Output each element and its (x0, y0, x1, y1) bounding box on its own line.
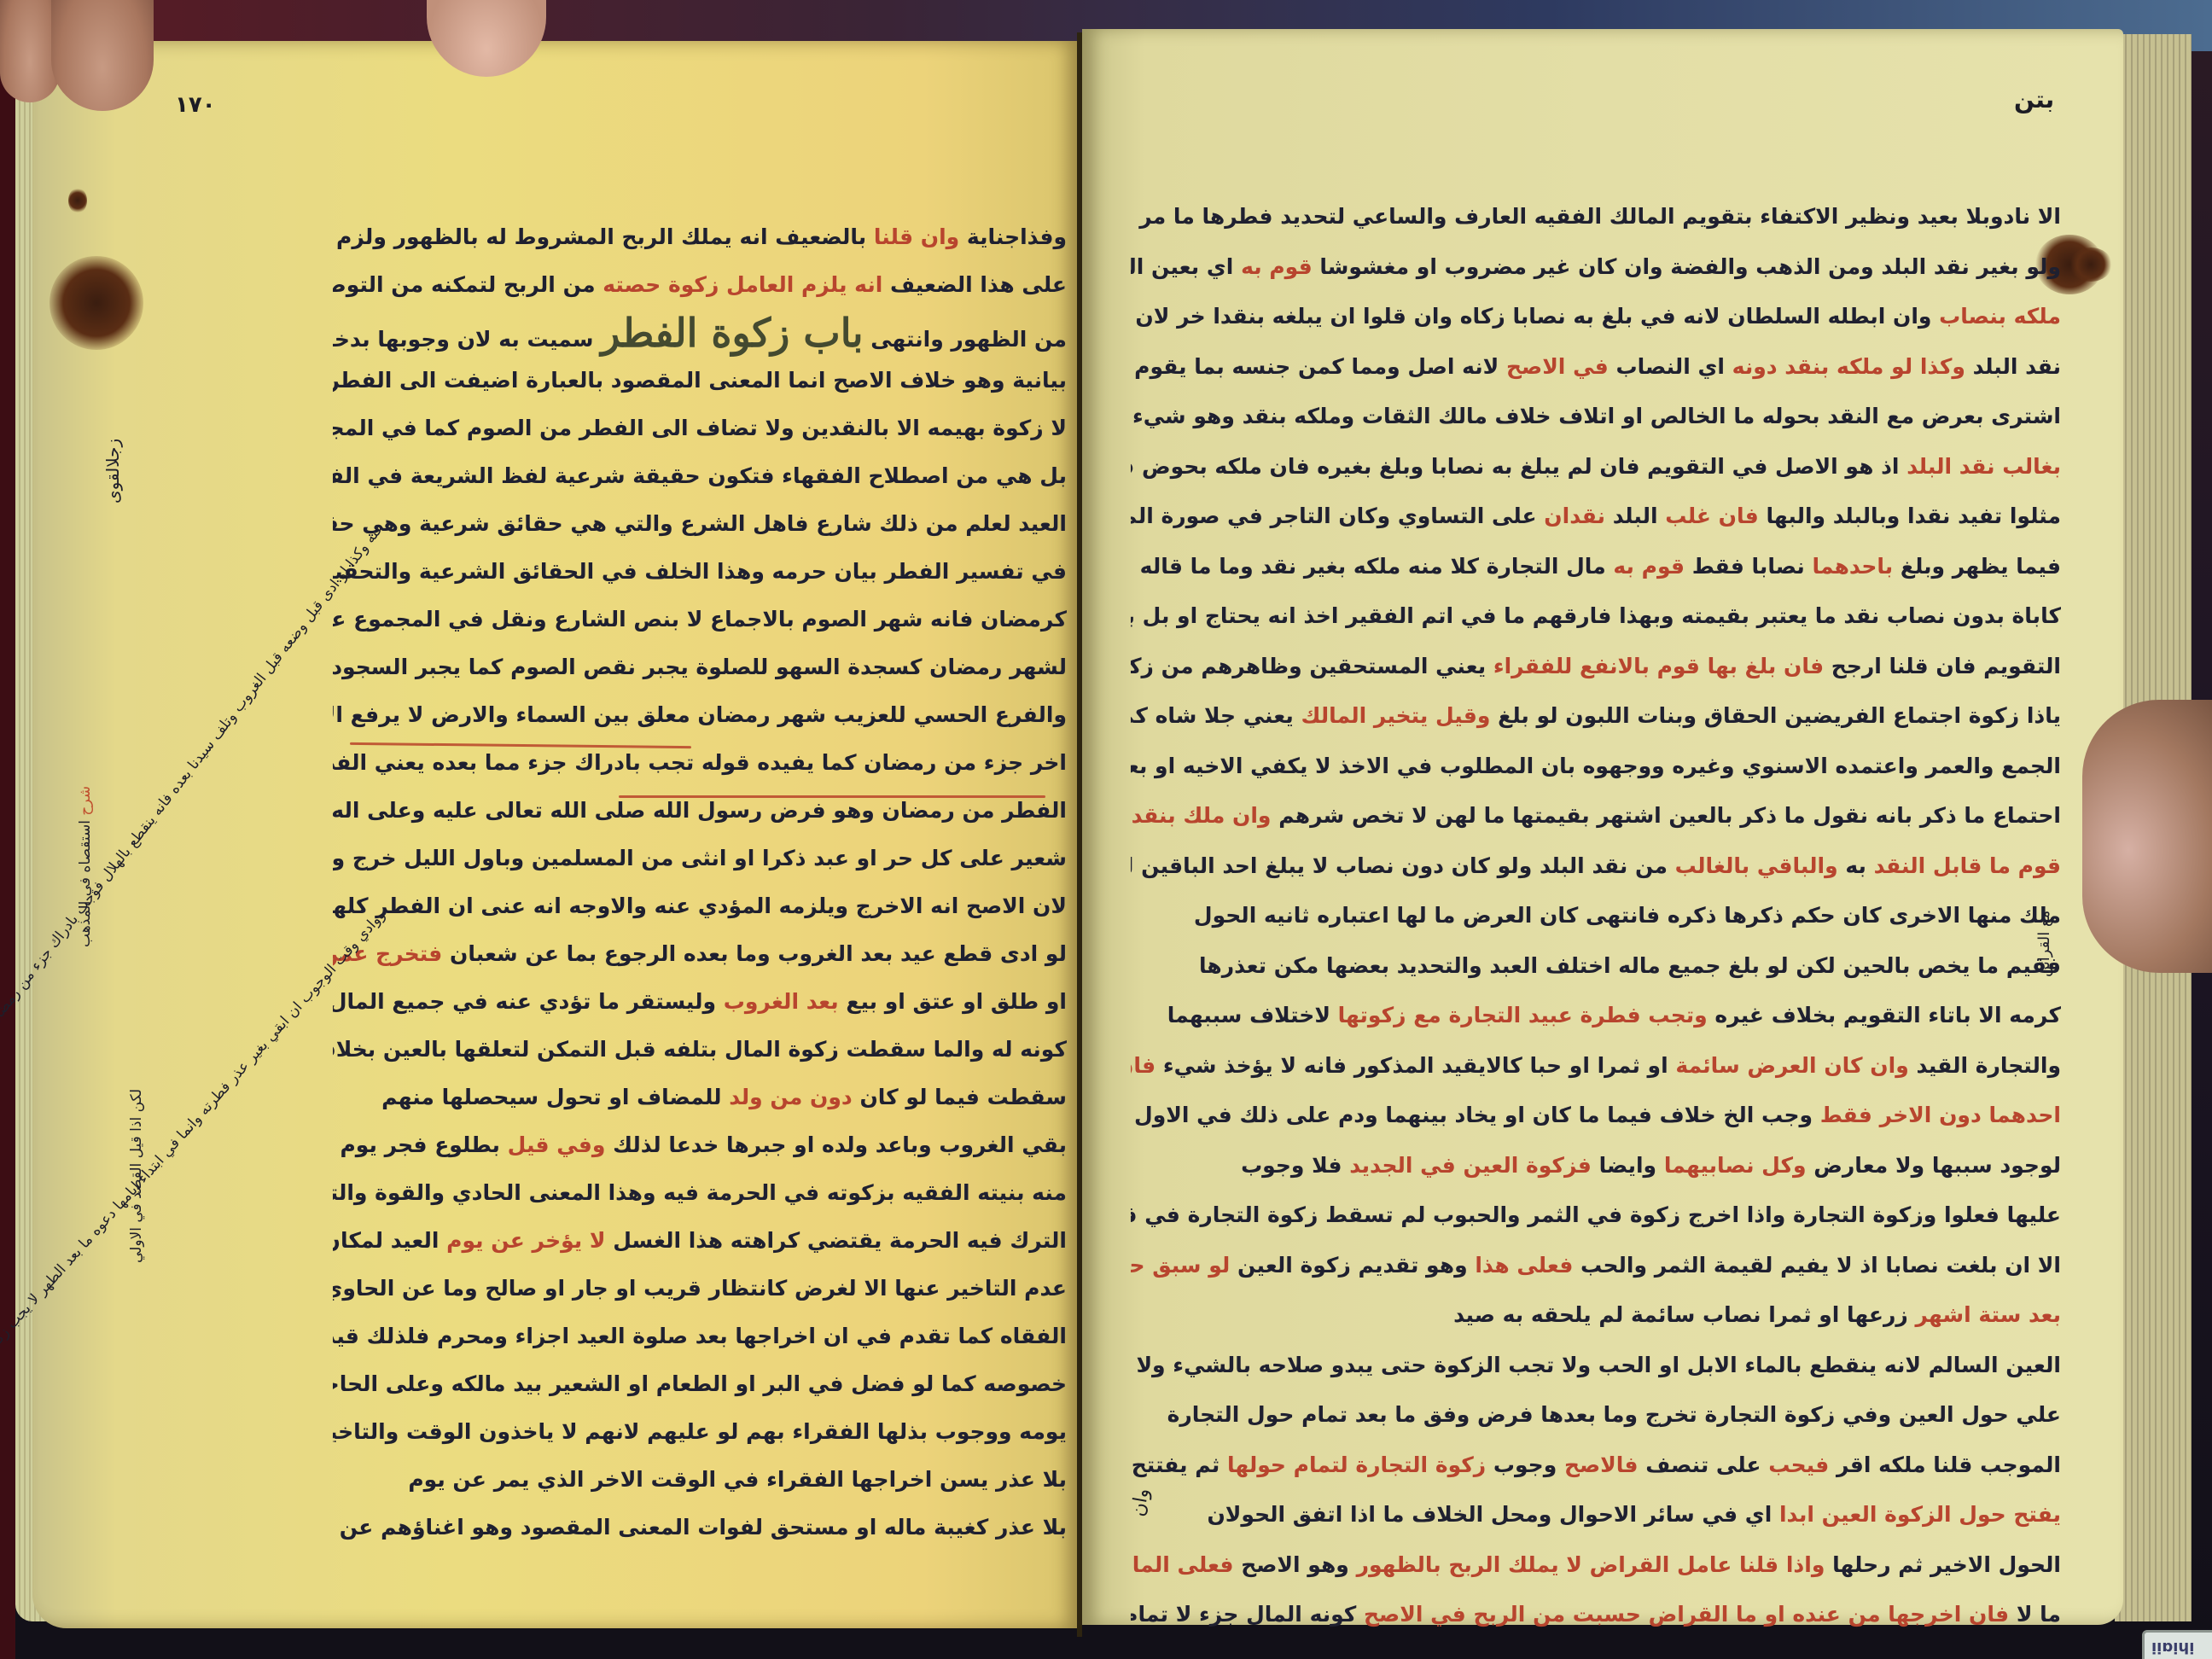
text-line: لوجود سببها ولا معارض وكل نصابيهما وايضا… (1131, 1141, 2061, 1191)
margin-note: مع القرائن (2035, 911, 2053, 977)
margin-note: زجلالقوى (102, 439, 123, 504)
text-line: في تفسير الفطر بيان حرمه وهذا الخلف في ا… (333, 548, 1067, 596)
text-line-with-heading: من الظهور وانتهى باب زكوة الفطر سميت به … (333, 309, 1067, 357)
red-rule (619, 795, 1045, 798)
text-line: علي حول العين وفي زكوة التجارة تخرج وما … (1131, 1390, 2061, 1441)
text-line: بقي الغروب وباعد ولده او جبرها خدعا لذلك… (333, 1121, 1067, 1169)
margin-note: شرح استقصاه في المذهب (77, 786, 94, 947)
library-label: ᴉᴉɒᴉɥᴉ (2142, 1630, 2212, 1659)
right-page-text: الا نادوبلا بعيد ونظير الاكتفاء بتقويم ا… (1131, 192, 2061, 1640)
ink-stain (68, 188, 87, 213)
text-line: اشترى بعرض مع النقد بحوله ما الخالص او ا… (1131, 392, 2061, 442)
text-line: العيد لعلم من ذلك شارع فاهل الشرع والتي … (333, 500, 1067, 548)
text-line: منه بنيته الفقيه بزكوته في الحرمة فيه وه… (333, 1169, 1067, 1217)
chapter-heading: باب زكوة الفطر (601, 310, 863, 356)
text-line: عدم التاخير عنها الا لغرض كانتظار قريب ا… (333, 1265, 1067, 1313)
text-line: نقد البلد وكذا لو ملكه بنقد دونه اي النص… (1131, 342, 2061, 393)
text-line: احدهما دون الاخر فقط وجب الخ خلاف فيما م… (1131, 1091, 2061, 1141)
text-line: الا نادوبلا بعيد ونظير الاكتفاء بتقويم ا… (1131, 192, 2061, 242)
text-line: كاباة بدون نصاب نقد ما يعتبر بقيمته وبهذ… (1131, 591, 2061, 642)
text-line: بعد ستة اشهر زرعها او ثمرا نصاب سائمة لم… (1131, 1290, 2061, 1341)
text-line: الفقاه كما تقدم في ان اخراجها بعد صلوة ا… (333, 1313, 1067, 1360)
text-line: لان الاصح انه الاخرج ويلزمه المؤدي عنه و… (333, 882, 1067, 930)
text-line: عليها فعلوا وزكوة التجارة واذا اخرج زكوة… (1131, 1190, 2061, 1241)
ink-stain (2069, 247, 2112, 282)
text-line: لو ادى قطع عيد بعد الغروب وما بعده الرجو… (333, 930, 1067, 978)
text-line: على هذا الضعيف انه يلزم العامل زكوة حصته… (333, 261, 1067, 309)
text-line: الا ان بلغت نصابا اذ لا يفيم لقيمة الثمر… (1131, 1241, 2061, 1291)
folio-mark-right: بتن (2014, 85, 2054, 114)
text-line: وفذاجناية وان قلنا بالضعيف انه يملك الرب… (333, 213, 1067, 261)
text-line: التقويم فان قلنا ارجح فان بلغ بها قوم با… (1131, 642, 2061, 692)
text-line: او طلق او عتق او بيع بعد الغروب وليستقر … (333, 978, 1067, 1026)
text-line: مثلوا تفيد نقدا وبالبلد والبها فان غلب ا… (1131, 492, 2061, 542)
text-line: لشهر رمضان كسجدة السهو للصلوة يجبر نقص ا… (333, 643, 1067, 691)
text-line: ياذا زكوة اجتماع الفريضين الحقاق وبنات ا… (1131, 691, 2061, 742)
text-line: شعير على كل حر او عبد ذكرا او انثى من ال… (333, 835, 1067, 882)
text-line: كرمضان فانه شهر الصوم بالاجماع لا بنص ال… (333, 596, 1067, 643)
text-line: بلا عذر كغيبة ماله او مستحق لفوات المعنى… (333, 1504, 1067, 1551)
folio-number-left: ١٧٠ (175, 92, 216, 118)
text-line: الجمع والعمر واعتمده الاسنوي وغيره ووجهو… (1131, 742, 2061, 792)
book-gutter (1077, 32, 1082, 1637)
open-manuscript: ١٧٠ بتن وفذاجناية وان قلنا بالضعيف انه ي… (0, 0, 2212, 1659)
text-line: بل هي من اصطلاح الفقهاء فتكون حقيقة شرعي… (333, 452, 1067, 500)
text-line: والتجارة القيد وان كان العرض سائمة او ثم… (1131, 1041, 2061, 1091)
text-line: لا زكوة بهيمه الا بالنقدين ولا تضاف الى … (333, 405, 1067, 452)
text-line: ولو بغير نقد البلد ومن الذهب والفضة وان … (1131, 242, 2061, 293)
text-line: اخر جزء من رمضان كما يفيده قوله تجب بادر… (333, 739, 1067, 787)
text-line: بلا عذر يسن اخراجها الفقراء في الوقت الا… (333, 1456, 1067, 1504)
text-line: يفتح حول الزكوة العين ابدا اي في سائر ال… (1131, 1490, 2061, 1540)
text-line: قوم ما قابل النقد به والباقي بالغالب من … (1131, 841, 2061, 892)
finger (51, 0, 154, 111)
text-line: خصوصه كما لو فضل في البر او الطعام او ال… (333, 1360, 1067, 1408)
text-line: ما لا فان اخرجها من عنده او ما القراض حس… (1131, 1590, 2061, 1640)
text-line: كونه له والما سقطت زكوة المال بتلفه قبل … (333, 1026, 1067, 1074)
thumb (2082, 700, 2212, 973)
text-line: بيانية وهو خلاف الاصح انما المعنى المقصو… (333, 357, 1067, 405)
text-line: العين السالم لانه ينقطع بالماء الابل او … (1131, 1341, 2061, 1391)
text-line: كرمه الا باتاء التقويم بخلاف غيره وتجب ف… (1131, 991, 2061, 1041)
text-line: والفرع الحسي للعزيب شهر رمضان معلق بين ا… (333, 691, 1067, 739)
text-line: احتماع ما ذكر بانه نقول ما ذكر بالعين اش… (1131, 791, 2061, 841)
text-line: الحول الاخير ثم رحلها واذا قلنا عامل الق… (1131, 1540, 2061, 1591)
text-line: الموجب قلنا ملكه اقر فيحب على تنصف فالاص… (1131, 1441, 2061, 1491)
text-line: الفطر من رمضان وهو فرض رسول الله صلى الل… (333, 787, 1067, 835)
text-line: ملك منها الاخرى كان حكم ذكرها ذكره فانته… (1131, 891, 2061, 941)
text-line: ملكه بنصاب وان ابطله السلطان لانه في بلغ… (1131, 292, 2061, 342)
margin-note: لكن اذا قيل القصد في الاولي (128, 1089, 145, 1263)
text-line: يومه ووجوب بذلها الفقراء بهم لو عليهم لا… (333, 1408, 1067, 1456)
text-line: الترك فيه الحرمة يقتضي كراهته هذا الغسل … (333, 1217, 1067, 1265)
text-line: بغالب نقد البلد اذ هو الاصل في التقويم ف… (1131, 442, 2061, 492)
ink-stain (49, 256, 143, 350)
left-page-text: وفذاجناية وان قلنا بالضعيف انه يملك الرب… (333, 213, 1067, 1551)
text-line: فيما يظهر وبلغ باحدهما نصابا فقط قوم به … (1131, 542, 2061, 592)
text-line: فقيم ما يخص بالحين لكن لو بلغ جميع ماله … (1131, 941, 2061, 992)
text-line: سقطت فيما لو كان دون من ولد للمضاف او تح… (333, 1074, 1067, 1121)
